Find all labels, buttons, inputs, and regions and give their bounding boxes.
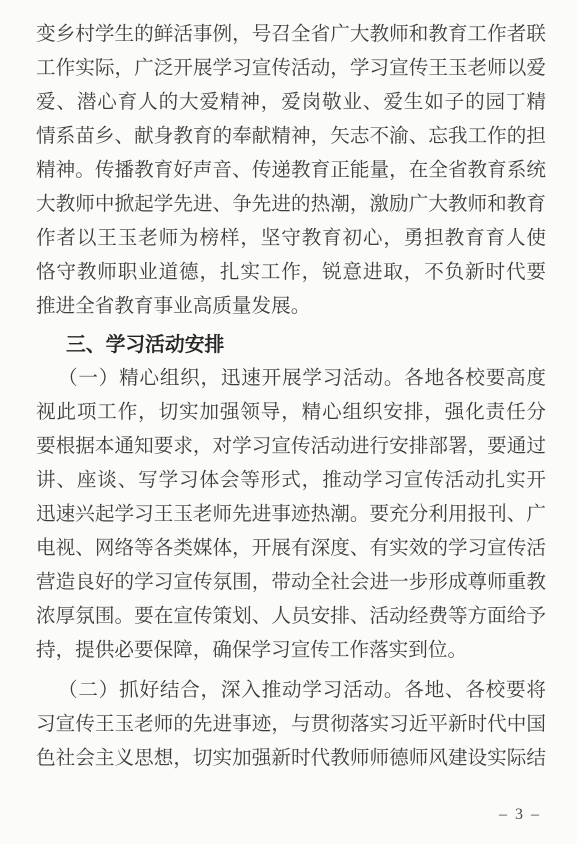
document-line: 精神。传播教育好声音、传递教育正能量，在全省教育系统广: [36, 154, 546, 188]
line-text: 视此项工作，切实加强领导，精心组织安排，强化责任分工，: [36, 402, 546, 430]
document-line: 习宣传王玉老师的先进事迹，与贯彻落实习近平新时代中国特: [36, 708, 546, 742]
document-page: 变乡村学生的鲜活事例，号召全省广大教师和教育工作者联系 工作实际，广泛开展学习宣…: [0, 0, 577, 844]
document-line: 浓厚氛围。要在宣传策划、人员安排、活动经费等方面给予支: [36, 600, 546, 634]
document-line: 讲、座谈、写学习体会等形式，推动学习宣传活动扎实开展，: [36, 464, 546, 498]
document-line: 持，提供必要保障，确保学习宣传工作落实到位。: [36, 634, 546, 668]
document-text-block: 变乡村学生的鲜活事例，号召全省广大教师和教育工作者联系 工作实际，广泛开展学习宣…: [36, 18, 546, 776]
line-text: 持，提供必要保障，确保学习宣传工作落实到位。: [36, 640, 467, 661]
document-line: 作者以王玉老师为榜样，坚守教育初心，勇担教育育人使命，: [36, 222, 546, 256]
line-text: 三、学习活动安排: [66, 334, 224, 356]
document-line: 工作实际，广泛开展学习宣传活动，学习宣传王玉老师以爱育: [36, 52, 546, 86]
section-heading: 三、学习活动安排: [36, 328, 546, 362]
document-line: 情系苗乡、献身教育的奉献精神，矢志不渝、忘我工作的担当: [36, 120, 546, 154]
line-text: 讲、座谈、写学习体会等形式，推动学习宣传活动扎实开展，: [36, 470, 546, 498]
page-number: – 3 –: [499, 804, 541, 826]
document-line: 色社会主义思想，切实加强新时代教师师德师风建设实际结合: [36, 742, 546, 776]
document-line: （一）精心组织，迅速开展学习活动。各地各校要高度重: [36, 362, 546, 396]
document-line: 电视、网络等各类媒体，开展有深度、有实效的学习宣传活动，: [36, 532, 546, 566]
line-text: 情系苗乡、献身教育的奉献精神，矢志不渝、忘我工作的担当: [36, 126, 546, 154]
line-text: 作者以王玉老师为榜样，坚守教育初心，勇担教育育人使命，: [36, 228, 546, 256]
line-text: 变乡村学生的鲜活事例，号召全省广大教师和教育工作者联系: [36, 24, 546, 52]
line-text: 色社会主义思想，切实加强新时代教师师德师风建设实际结合: [36, 748, 546, 776]
document-line: 要根据本通知要求，对学习宣传活动进行安排部署，要通过宣: [36, 430, 546, 464]
document-line: 大教师中掀起学先进、争先进的热潮，激励广大教师和教育工: [36, 188, 546, 222]
document-line: 视此项工作，切实加强领导，精心组织安排，强化责任分工，: [36, 396, 546, 430]
line-text: 推进全省教育事业高质量发展。: [36, 296, 310, 317]
line-text: 恪守教师职业道德，扎实工作，锐意进取，不负新时代要求，: [36, 262, 546, 290]
document-line: 迅速兴起学习王玉老师先进事迹热潮。要充分利用报刊、广播、: [36, 498, 546, 532]
document-line: 推进全省教育事业高质量发展。: [36, 290, 546, 324]
paragraph-lead: （一）精心组织，迅速开展学习活动。: [58, 368, 404, 389]
document-line: 营造良好的学习宣传氛围，带动全社会进一步形成尊师重教的: [36, 566, 546, 600]
line-text: 营造良好的学习宣传氛围，带动全社会进一步形成尊师重教的: [36, 572, 546, 600]
line-text: 精神。传播教育好声音、传递教育正能量，在全省教育系统广: [36, 160, 546, 188]
document-line: （二）抓好结合，深入推动学习活动。各地、各校要将学: [36, 674, 546, 708]
line-text: 迅速兴起学习王玉老师先进事迹热潮。要充分利用报刊、广播、: [36, 504, 546, 532]
line-text: 爱、潜心育人的大爱精神，爱岗敬业、爱生如子的园丁精神，: [36, 92, 546, 120]
line-text: 大教师中掀起学先进、争先进的热潮，激励广大教师和教育工: [36, 194, 546, 222]
document-line: 爱、潜心育人的大爱精神，爱岗敬业、爱生如子的园丁精神，: [36, 86, 546, 120]
line-text: 电视、网络等各类媒体，开展有深度、有实效的学习宣传活动，: [36, 538, 546, 566]
line-text: 习宣传王玉老师的先进事迹，与贯彻落实习近平新时代中国特: [36, 714, 546, 742]
line-text: 工作实际，广泛开展学习宣传活动，学习宣传王玉老师以爱育: [36, 58, 546, 86]
line-text: 要根据本通知要求，对学习宣传活动进行安排部署，要通过宣: [36, 436, 546, 464]
document-line: 变乡村学生的鲜活事例，号召全省广大教师和教育工作者联系: [36, 18, 546, 52]
paragraph-lead: （二）抓好结合，深入推动学习活动。: [58, 680, 404, 701]
line-text: 浓厚氛围。要在宣传策划、人员安排、活动经费等方面给予支: [36, 606, 546, 634]
document-line: 恪守教师职业道德，扎实工作，锐意进取，不负新时代要求，: [36, 256, 546, 290]
